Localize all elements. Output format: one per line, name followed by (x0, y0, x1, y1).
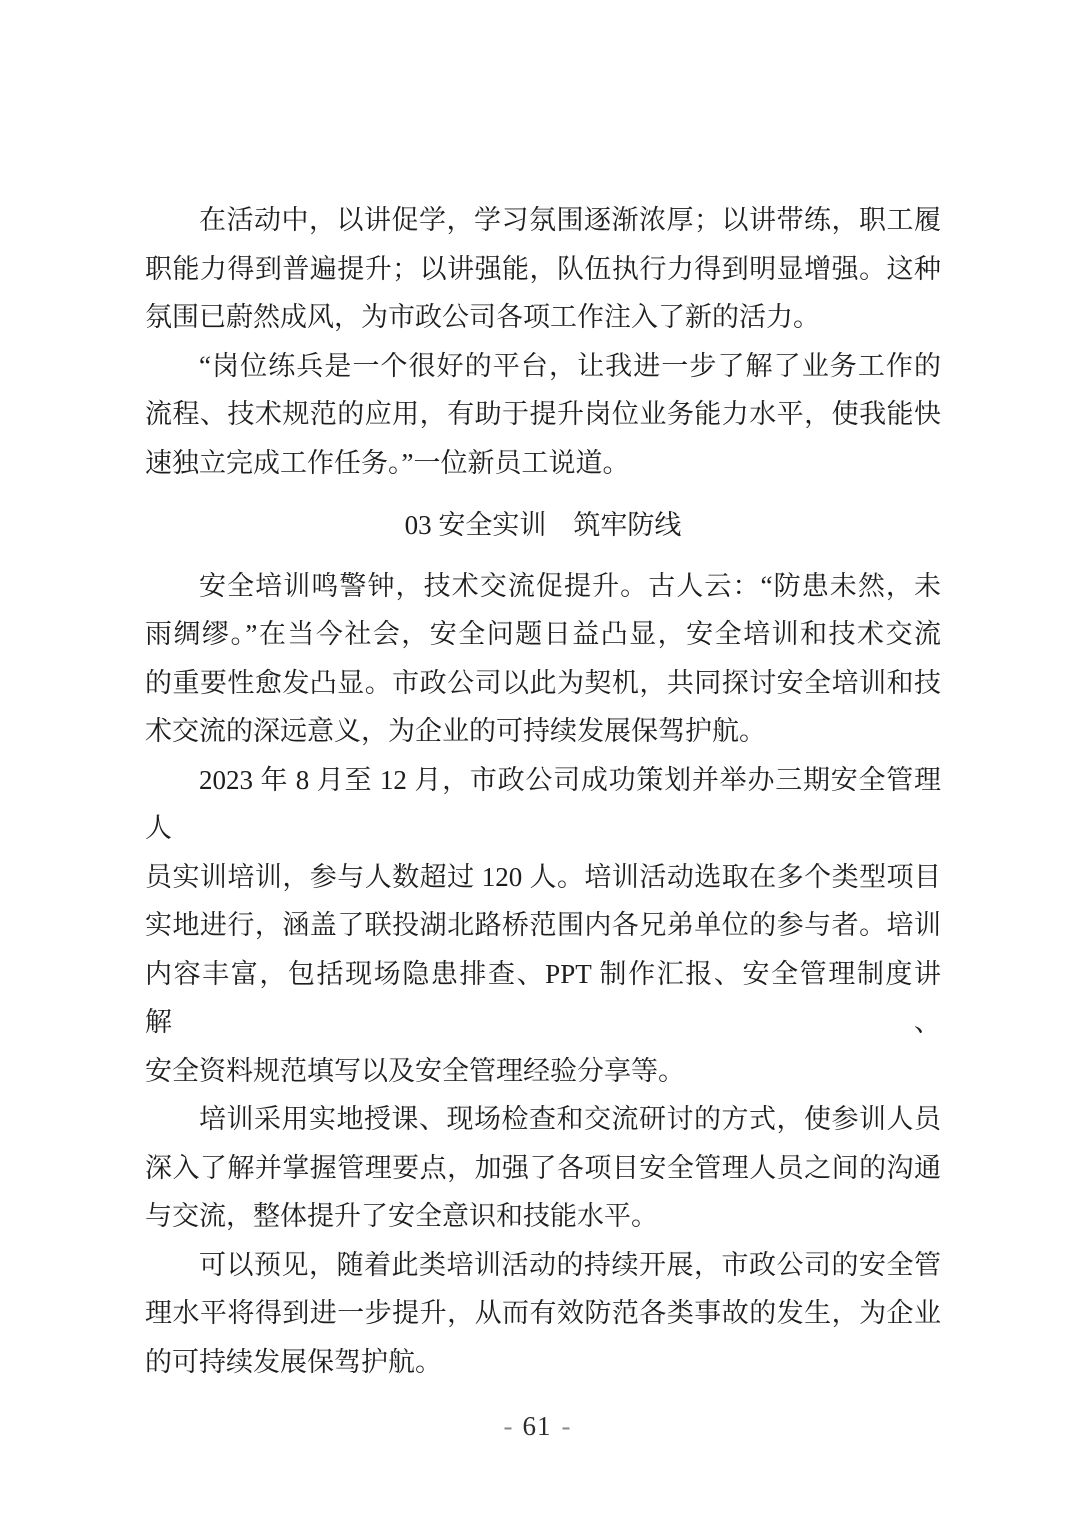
text-line: 可以预见，随着此类培训活动的持续开展，市政公司的安全管 (145, 1241, 941, 1290)
text-line: 与交流，整体提升了安全意识和技能水平。 (145, 1192, 941, 1241)
text-line: 雨绸缪。”在当今社会，安全问题日益凸显，安全培训和技术交流 (145, 610, 941, 659)
footer-dash-right: - (562, 1408, 571, 1444)
text-line: “岗位练兵是一个很好的平台，让我进一步了解了业务工作的 (145, 342, 941, 391)
text-line: 氛围已蔚然成风，为市政公司各项工作注入了新的活力。 (145, 293, 941, 342)
document-page: 在活动中，以讲促学，学习氛围逐渐浓厚；以讲带练，职工履职能力得到普遍提升；以讲强… (0, 0, 1074, 1520)
paragraph: 2023 年 8 月至 12 月，市政公司成功策划并举办三期安全管理人员实训培训… (145, 756, 941, 1096)
text-line: 2023 年 8 月至 12 月，市政公司成功策划并举办三期安全管理人 (145, 756, 941, 853)
text-line: 的重要性愈发凸显。市政公司以此为契机，共同探讨安全培训和技 (145, 659, 941, 708)
text-line: 职能力得到普遍提升；以讲强能，队伍执行力得到明显增强。这种 (145, 245, 941, 294)
footer-dash-left: - (504, 1408, 513, 1444)
section-heading: 03 安全实训 筑牢防线 (145, 501, 941, 550)
text-line: 安全资料规范填写以及安全管理经验分享等。 (145, 1047, 941, 1096)
text-line: 速独立完成工作任务。”一位新员工说道。 (145, 439, 941, 488)
text-line: 员实训培训，参与人数超过 120 人。培训活动选取在多个类型项目 (145, 853, 941, 902)
text-line: 内容丰富，包括现场隐患排查、PPT 制作汇报、安全管理制度讲解、 (145, 950, 941, 1047)
text-line: 在活动中，以讲促学，学习氛围逐渐浓厚；以讲带练，职工履 (145, 196, 941, 245)
paragraph: “岗位练兵是一个很好的平台，让我进一步了解了业务工作的流程、技术规范的应用，有助… (145, 342, 941, 488)
text-line: 流程、技术规范的应用，有助于提升岗位业务能力水平，使我能快 (145, 390, 941, 439)
paragraph: 安全培训鸣警钟，技术交流促提升。古人云：“防患未然，未雨绸缪。”在当今社会，安全… (145, 562, 941, 756)
document-body: 在活动中，以讲促学，学习氛围逐渐浓厚；以讲带练，职工履职能力得到普遍提升；以讲强… (145, 196, 941, 1386)
text-line: 安全培训鸣警钟，技术交流促提升。古人云：“防患未然，未 (145, 562, 941, 611)
page-footer: -61- (0, 1408, 1074, 1444)
text-line: 实地进行，涵盖了联投湖北路桥范围内各兄弟单位的参与者。培训 (145, 901, 941, 950)
text-line: 培训采用实地授课、现场检查和交流研讨的方式，使参训人员 (145, 1095, 941, 1144)
text-line: 术交流的深远意义，为企业的可持续发展保驾护航。 (145, 707, 941, 756)
text-line: 深入了解并掌握管理要点，加强了各项目安全管理人员之间的沟通 (145, 1144, 941, 1193)
page-number: 61 (523, 1408, 552, 1444)
paragraph: 培训采用实地授课、现场检查和交流研讨的方式，使参训人员深入了解并掌握管理要点，加… (145, 1095, 941, 1241)
text-line: 理水平将得到进一步提升，从而有效防范各类事故的发生，为企业 (145, 1289, 941, 1338)
paragraph: 在活动中，以讲促学，学习氛围逐渐浓厚；以讲带练，职工履职能力得到普遍提升；以讲强… (145, 196, 941, 342)
paragraph: 可以预见，随着此类培训活动的持续开展，市政公司的安全管理水平将得到进一步提升，从… (145, 1241, 941, 1387)
text-line: 的可持续发展保驾护航。 (145, 1338, 941, 1387)
